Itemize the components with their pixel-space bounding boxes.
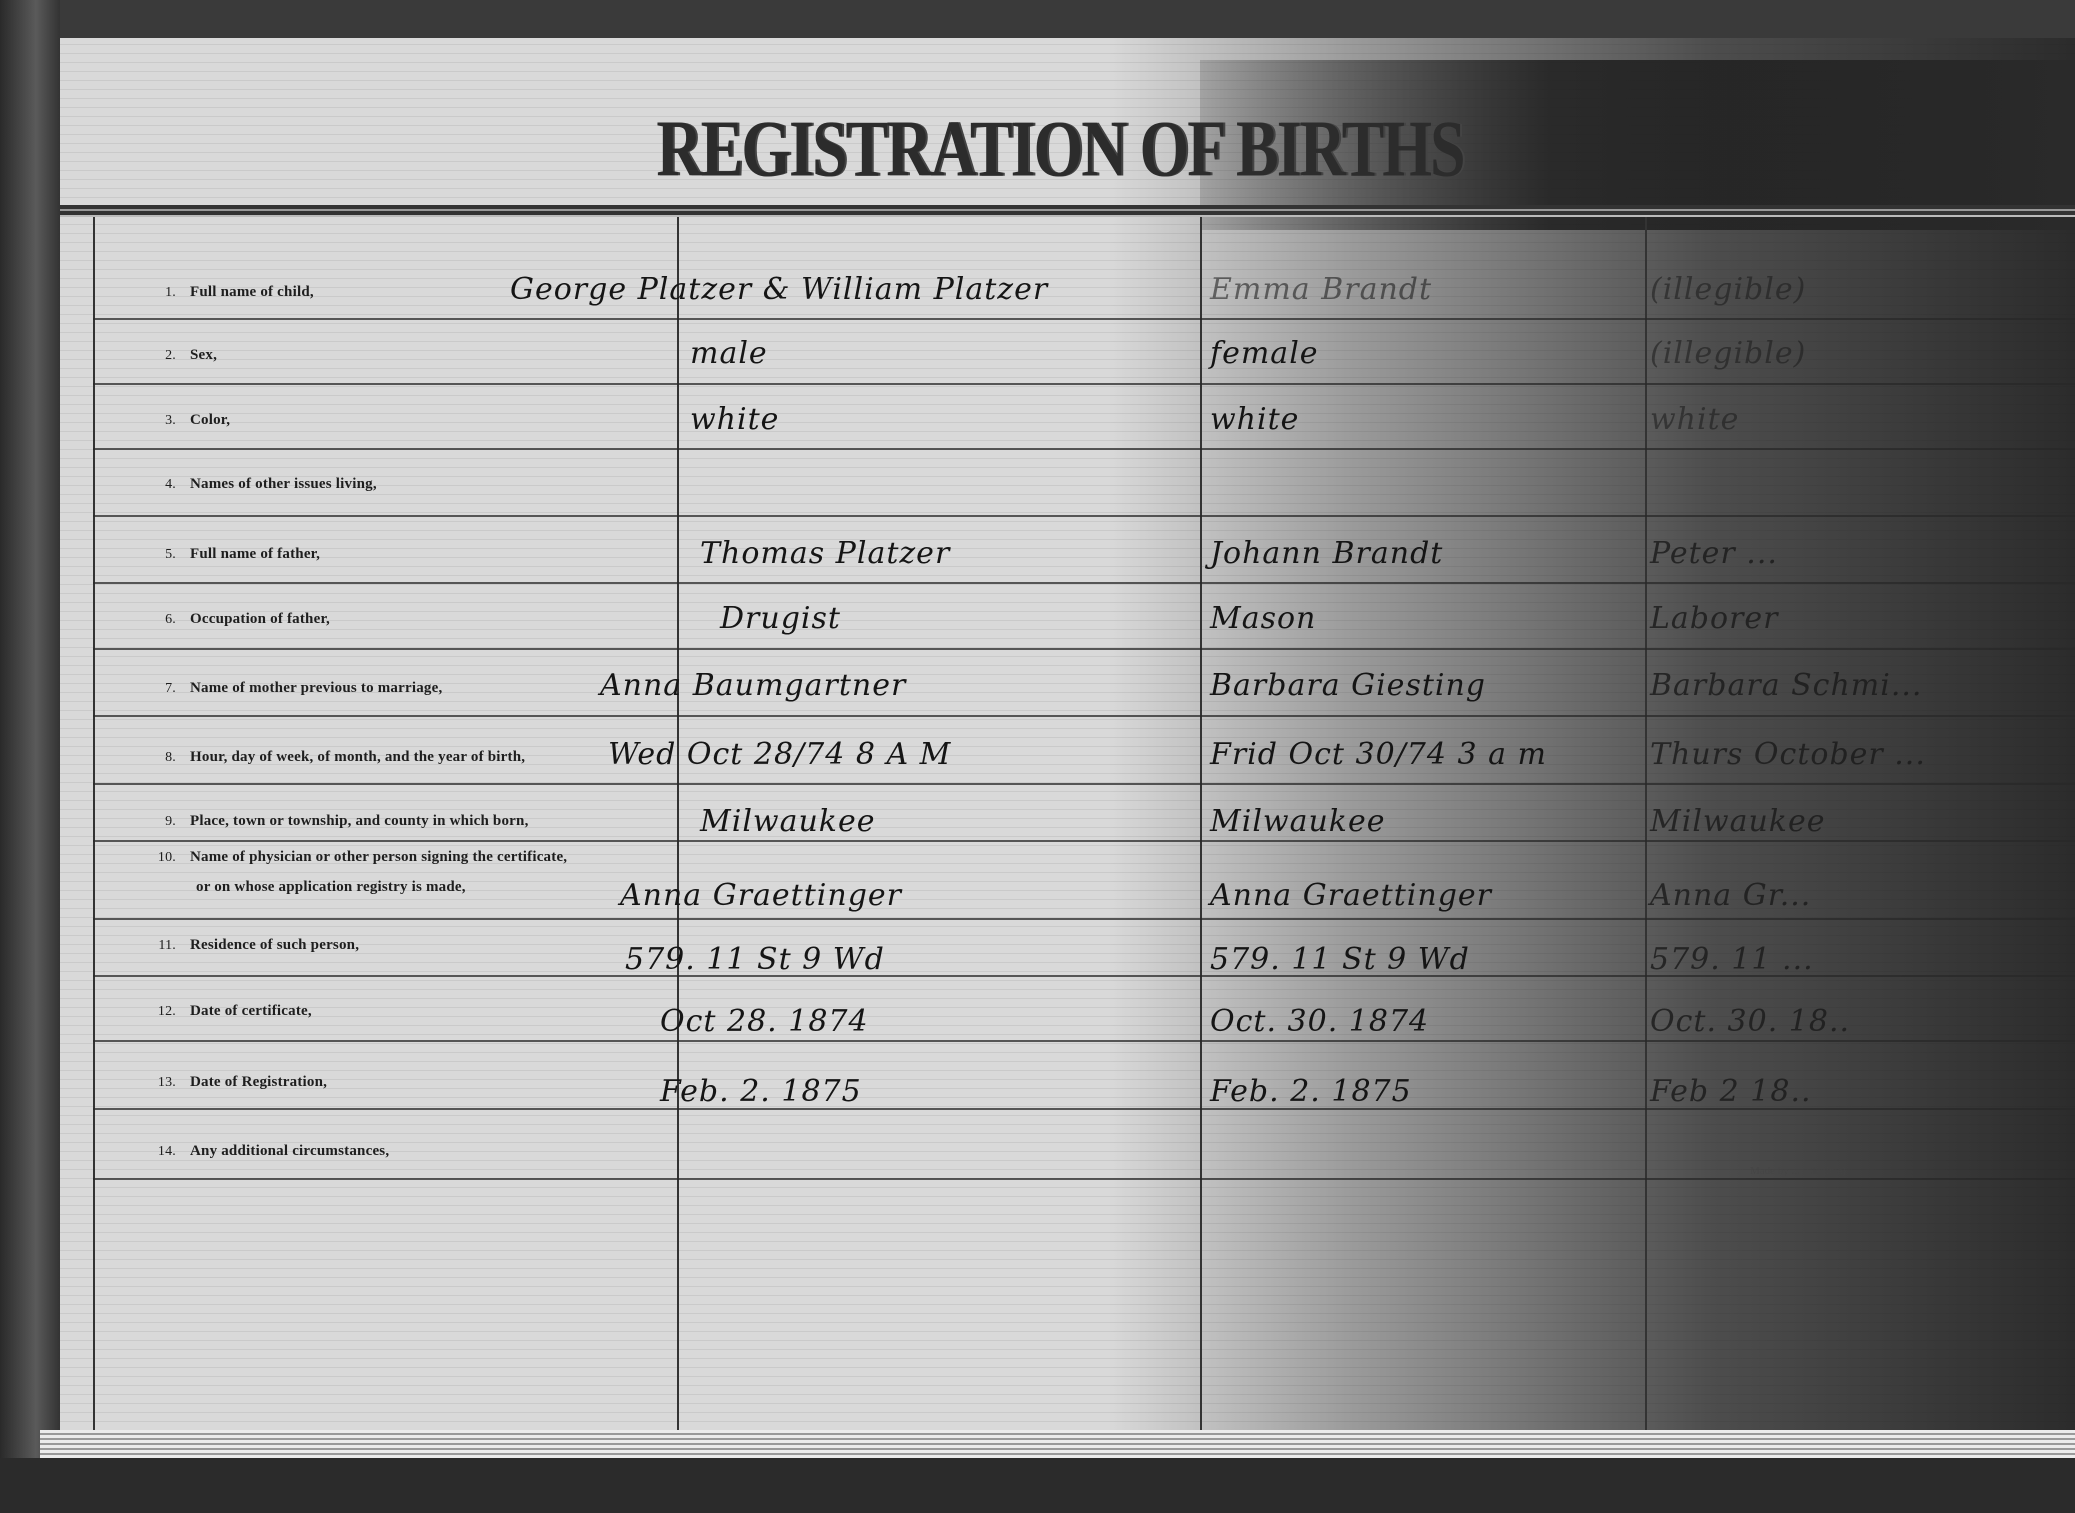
field-label-color: 3.Color, [150, 412, 230, 429]
row-rule [93, 918, 2075, 920]
record-3-residence: 579. 11 ... [1650, 942, 1814, 977]
field-label-residence: 11.Residence of such person, [150, 937, 359, 954]
field-label-registration-date: 13.Date of Registration, [150, 1074, 327, 1091]
row-rule [93, 1040, 2075, 1042]
record-2-occupation: Mason [1210, 601, 1316, 636]
row-rule [93, 715, 2075, 717]
record-1-place: Milwaukee [700, 804, 875, 839]
page-title: REGISTRATION OF BIRTHS [560, 103, 1560, 196]
record-3-certificate-date: Oct. 30. 18.. [1650, 1004, 1850, 1039]
field-label-occupation: 6.Occupation of father, [150, 611, 330, 628]
field-label-child-name: 1.Full name of child, [150, 284, 314, 301]
row-rule [93, 383, 2075, 385]
record-2-certificate-date: Oct. 30. 1874 [1210, 1004, 1429, 1039]
record-2-place: Milwaukee [1210, 804, 1385, 839]
record-3-mother: Barbara Schmi... [1650, 668, 1922, 703]
record-3-registration-date: Feb 2 18.. [1650, 1074, 1812, 1109]
field-label-mother: 7.Name of mother previous to marriage, [150, 680, 442, 697]
column-divider-3 [1645, 217, 1647, 1442]
record-3-sex: (illegible) [1650, 336, 1806, 371]
record-2-mother: Barbara Giesting [1210, 668, 1486, 703]
record-2-sex: female [1210, 336, 1319, 371]
row-rule [93, 448, 2075, 450]
scan-bottom-edge [0, 1458, 2075, 1513]
record-1-occupation: Drugist [720, 601, 841, 636]
row-rule [93, 1178, 2075, 1180]
field-label-physician-cont: or on whose application registry is made… [196, 879, 466, 896]
row-rule [93, 783, 2075, 785]
record-1-father: Thomas Platzer [700, 536, 950, 571]
record-3-father: Peter ... [1650, 536, 1778, 571]
record-3-occupation: Laborer [1650, 601, 1779, 636]
record-2-physician: Anna Graettinger [1210, 878, 1492, 913]
record-1-birth: Wed Oct 28/74 8 A M [608, 737, 951, 772]
record-1-mother: Anna Baumgartner [600, 668, 906, 703]
field-label-sex: 2.Sex, [150, 347, 217, 364]
row-rule [93, 515, 2075, 517]
table-left-border [93, 217, 95, 1442]
column-divider-2 [1200, 217, 1202, 1442]
record-1-registration-date: Feb. 2. 1875 [660, 1074, 862, 1109]
scan-bottom-paper-edge [40, 1430, 2075, 1458]
field-label-certificate-date: 12.Date of certificate, [150, 1003, 312, 1020]
record-3-place: Milwaukee [1650, 804, 1825, 839]
record-2-birth: Frid Oct 30/74 3 a m [1210, 737, 1547, 772]
record-2-registration-date: Feb. 2. 1875 [1210, 1074, 1412, 1109]
record-2-child-name: Emma Brandt [1210, 272, 1432, 307]
field-label-place: 9.Place, town or township, and county in… [150, 813, 529, 830]
record-1-certificate-date: Oct 28. 1874 [660, 1004, 869, 1039]
printer-imprint: Made by ... (illegible) [1750, 1165, 1846, 1177]
field-label-additional: 14.Any additional circumstances, [150, 1143, 389, 1160]
record-3-child-name: (illegible) [1650, 272, 1806, 307]
record-2-color: white [1210, 402, 1299, 437]
row-rule [93, 582, 2075, 584]
record-2-father: Johann Brandt [1210, 536, 1443, 571]
record-1-color: white [690, 402, 779, 437]
row-rule [93, 318, 2075, 320]
record-1-physician: Anna Graettinger [620, 878, 902, 913]
record-1-sex: male [690, 336, 768, 371]
record-3-birth: Thurs October ... [1650, 737, 1926, 772]
record-3-color: white [1650, 402, 1739, 437]
scan-left-edge [0, 0, 60, 1513]
field-label-birth: 8.Hour, day of week, of month, and the y… [150, 749, 525, 766]
column-divider-1 [677, 217, 679, 1442]
header-rule [60, 205, 2075, 217]
field-label-physician: 10.Name of physician or other person sig… [150, 849, 567, 866]
field-label-other-issues: 4.Names of other issues living, [150, 476, 377, 493]
record-1-residence: 579. 11 St 9 Wd [625, 942, 885, 977]
record-3-physician: Anna Gr... [1650, 878, 1811, 913]
record-1-child-name: George Platzer & William Platzer [510, 272, 1048, 307]
field-label-father: 5.Full name of father, [150, 546, 320, 563]
row-rule [93, 648, 2075, 650]
record-2-residence: 579. 11 St 9 Wd [1210, 942, 1470, 977]
row-rule [93, 840, 2075, 842]
